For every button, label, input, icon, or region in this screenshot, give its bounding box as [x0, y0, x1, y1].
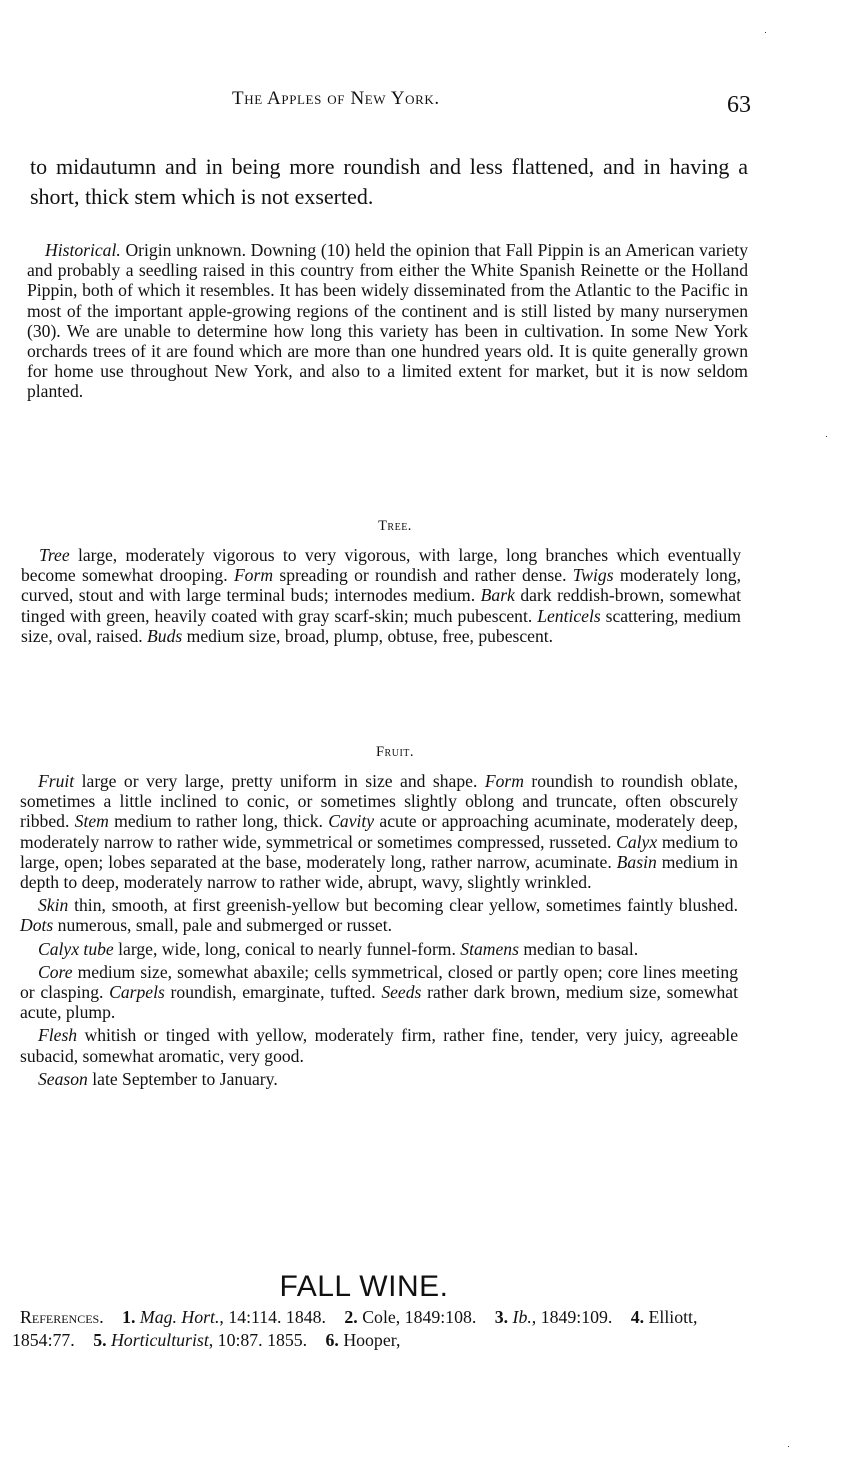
term-text: large or very large, pretty uniform in s… — [74, 771, 485, 791]
term-text: large, wide, long, conical to nearly fun… — [114, 939, 461, 959]
fruit-paragraph: Calyx tube large, wide, long, conical to… — [20, 939, 738, 959]
term-label: Lenticels — [537, 606, 601, 626]
term-text: roundish, emarginate, tufted. — [165, 982, 381, 1002]
term-label: Basin — [617, 852, 657, 872]
term-label: Calyx tube — [38, 939, 114, 959]
reference-citation: , 1849:109. — [532, 1307, 613, 1327]
term-text: median to basal. — [519, 939, 638, 959]
tree-heading: Tree. — [0, 518, 790, 535]
running-title: The Apples of New York. — [232, 88, 440, 110]
term-label: Core — [38, 962, 73, 982]
references-label: References. — [20, 1307, 104, 1327]
fruit-paragraph: Flesh whitish or tinged with yellow, mod… — [20, 1025, 738, 1065]
term-label: Tree — [39, 545, 70, 565]
reference-item: 6. Hooper, — [326, 1330, 401, 1350]
fruit-paragraph: Core medium size, somewhat abaxile; cell… — [20, 962, 738, 1023]
fruit-paragraph: Season late September to January. — [20, 1069, 738, 1089]
term-label: Calyx — [616, 832, 657, 852]
term-label: Form — [485, 771, 524, 791]
historical-label: Historical. — [45, 240, 121, 260]
term-label: Season — [38, 1069, 88, 1089]
page-number: 63 — [727, 92, 751, 119]
reference-source: Cole — [362, 1307, 396, 1327]
term-text: medium to rather long, thick. — [109, 811, 328, 831]
tree-paragraph: Tree large, moderately vigorous to very … — [21, 545, 741, 646]
reference-number: 5. — [93, 1330, 111, 1350]
references: References. 1. Mag. Hort., 14:114. 1848.… — [12, 1306, 734, 1352]
fruit-paragraph: Fruit large or very large, pretty unifor… — [20, 771, 738, 892]
term-label: Skin — [38, 895, 68, 915]
term-text: whitish or tinged with yellow, moderatel… — [20, 1025, 738, 1065]
scan-speck — [765, 32, 766, 33]
variety-title-text: FALL WINE. — [280, 1270, 449, 1303]
fruit-section: Fruit large or very large, pretty unifor… — [20, 771, 738, 1092]
term-text: spreading or roundish and rather dense. — [273, 565, 573, 585]
reference-citation: , 10:87. 1855. — [209, 1330, 307, 1350]
historical-section: Historical. Origin unknown. Downing (10)… — [27, 240, 748, 405]
reference-number: 1. — [122, 1307, 140, 1327]
term-text: thin, smooth, at first greenish-yellow b… — [68, 895, 738, 915]
term-label: Stamens — [460, 939, 519, 959]
reference-item: 2. Cole, 1849:108. — [344, 1307, 476, 1327]
historical-paragraph: Historical. Origin unknown. Downing (10)… — [27, 240, 748, 402]
historical-text: Origin unknown. Downing (10) held the op… — [27, 240, 748, 401]
term-label: Cavity — [328, 811, 374, 831]
reference-source: Horticulturist — [111, 1330, 209, 1350]
reference-source: Hooper — [343, 1330, 396, 1350]
scan-speck — [788, 1446, 789, 1447]
reference-number: 3. — [495, 1307, 513, 1327]
term-label: Twigs — [573, 565, 614, 585]
reference-item: 5. Horticulturist, 10:87. 1855. — [93, 1330, 307, 1350]
term-label: Flesh — [38, 1025, 77, 1045]
reference-item: 1. Mag. Hort., 14:114. 1848. — [122, 1307, 326, 1327]
term-label: Carpels — [109, 982, 165, 1002]
term-text: medium size, broad, plump, obtuse, free,… — [182, 626, 553, 646]
variety-title: FALL WINE. — [0, 1270, 850, 1304]
reference-source: Ib. — [513, 1307, 532, 1327]
reference-citation: , 14:114. 1848. — [219, 1307, 326, 1327]
tree-section: Tree large, moderately vigorous to very … — [21, 545, 741, 649]
fruit-paragraph: Skin thin, smooth, at first greenish-yel… — [20, 895, 738, 935]
fruit-heading: Fruit. — [0, 744, 790, 761]
term-label: Fruit — [38, 771, 74, 791]
term-label: Seeds — [381, 982, 421, 1002]
page-header: The Apples of New York. 63 — [0, 86, 850, 126]
term-label: Stem — [75, 811, 109, 831]
continued-paragraph: to midautumn and in being more roundish … — [30, 152, 748, 211]
reference-citation: , 1849:108. — [396, 1307, 477, 1327]
reference-citation: , — [396, 1330, 400, 1350]
reference-source: Elliott — [649, 1307, 693, 1327]
term-label: Dots — [20, 915, 53, 935]
reference-number: 4. — [631, 1307, 649, 1327]
term-text: late September to January. — [88, 1069, 278, 1089]
term-label: Bark — [481, 585, 515, 605]
reference-item: 3. Ib., 1849:109. — [495, 1307, 613, 1327]
term-text: numerous, small, pale and submerged or r… — [53, 915, 392, 935]
reference-source: Mag. Hort. — [140, 1307, 220, 1327]
scan-speck — [826, 436, 827, 437]
reference-number: 2. — [344, 1307, 362, 1327]
term-label: Buds — [147, 626, 182, 646]
reference-number: 6. — [326, 1330, 344, 1350]
term-label: Form — [234, 565, 273, 585]
